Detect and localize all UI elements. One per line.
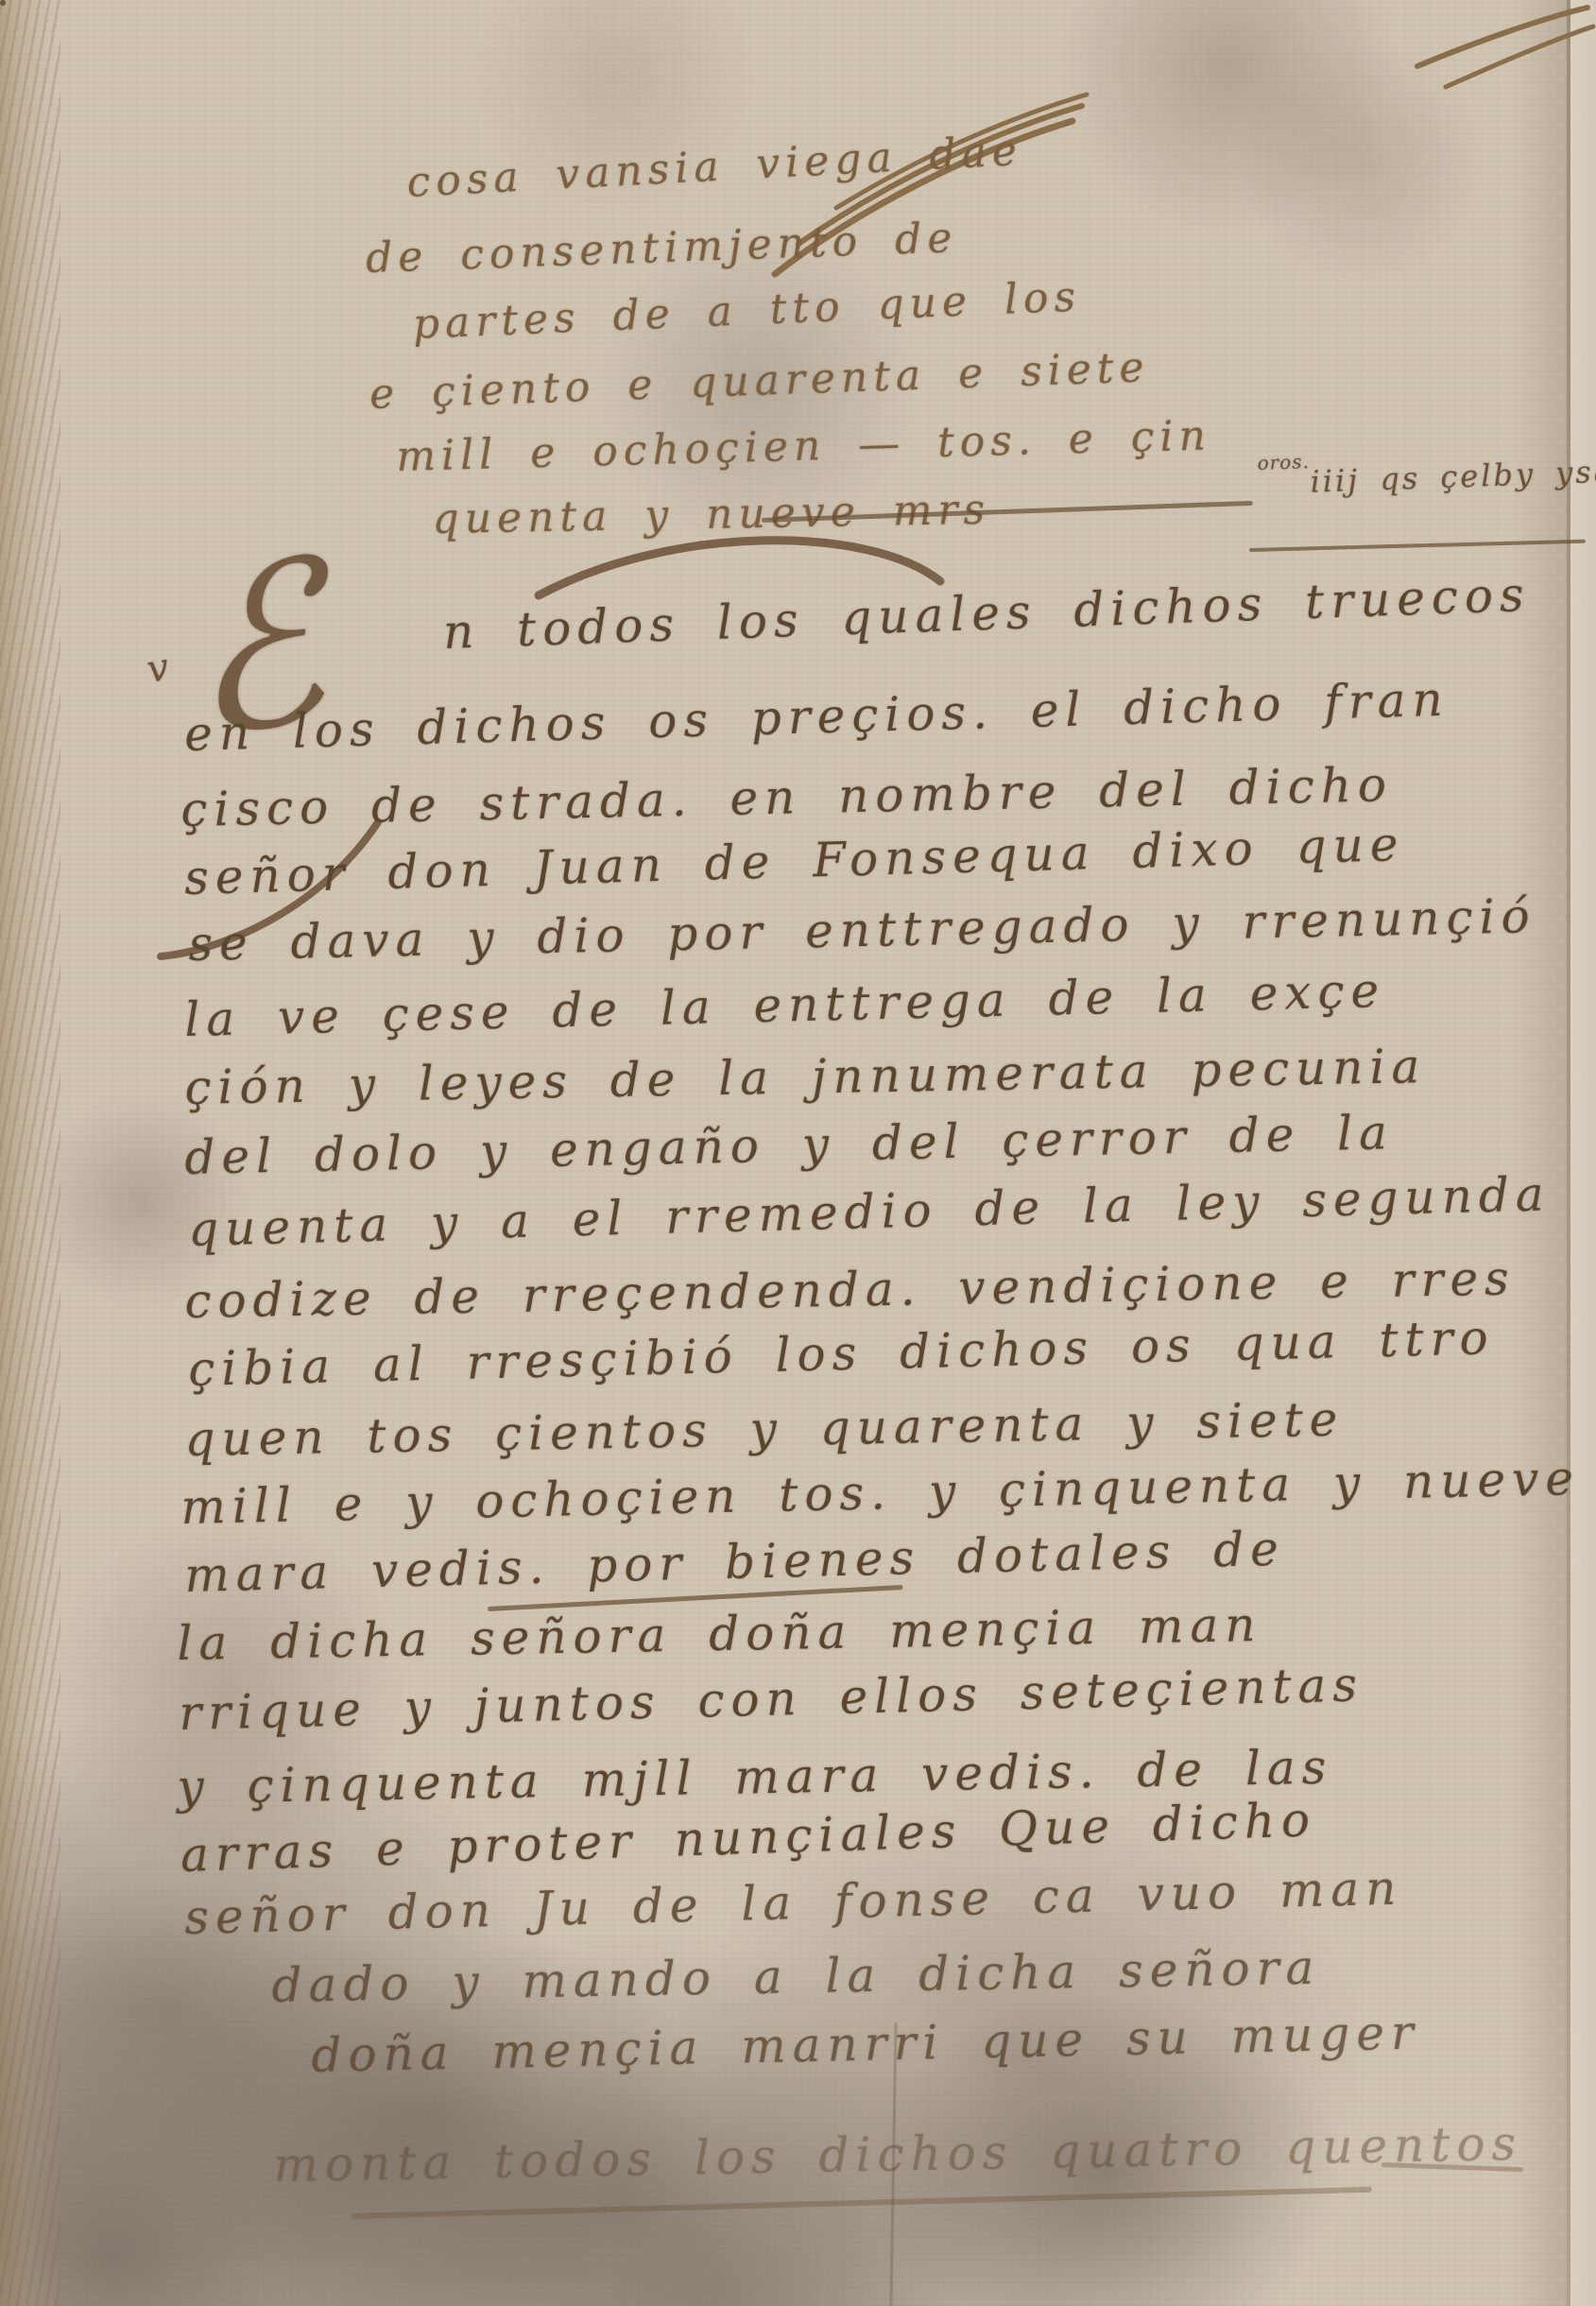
body-line: rrique y juntos con ellos seteçientas xyxy=(179,1657,1364,1741)
body-line: dado y mando a la dicha señora xyxy=(271,1940,1321,2013)
body-line: del dolo y engaño y del çerror de la xyxy=(184,1105,1395,1185)
deckle-edge-left xyxy=(0,0,60,2306)
margin-tally-superscript: oros. xyxy=(1257,450,1310,474)
ink-rule-bottom xyxy=(352,2187,1372,2219)
body-line: la ve çese de la enttrega de la exçe xyxy=(184,963,1386,1047)
heading-line: quenta y nueve mrs xyxy=(432,486,990,543)
body-line: mill e y ochoçien tos. y çinquenta y nue… xyxy=(180,1451,1581,1535)
margin-tally-text: iiij qs çelby ysãtly xyxy=(1310,452,1596,500)
body-line: en los dichos os preçios. el dicho fran xyxy=(183,672,1450,762)
body-line: se dava y dio por enttregado y rrenunçió xyxy=(188,888,1536,972)
margin-tally-underline xyxy=(1249,540,1586,552)
adjacent-page-edge xyxy=(1570,0,1596,2306)
body-line: çión y leyes de la jnnumerata pecunia xyxy=(184,1039,1427,1115)
heading-line: de consentimjento de xyxy=(365,214,958,283)
body-line: doña mençia manrri que su muger xyxy=(311,2005,1421,2083)
gutter-shadow xyxy=(1512,0,1567,2306)
body-line: la dicha señora doña mençia man xyxy=(177,1597,1262,1671)
paragraph-mark: v xyxy=(144,645,172,692)
heading-line: e çiento e quarenta e siete xyxy=(369,343,1150,419)
body-line: n todos los quales dichos truecos xyxy=(442,567,1531,660)
heading-line: mill e ochoçien — tos. e çin xyxy=(396,411,1212,481)
heading-line: partes de a tto que los xyxy=(412,272,1082,349)
page-fold-line xyxy=(1567,0,1570,2306)
margin-tally: oros.iiij qs çelby ysãtly xyxy=(1258,451,1596,502)
heading-line: cosa vansia viega dae xyxy=(405,127,1023,207)
pen-flourish-corner-icon xyxy=(1408,0,1596,95)
body-line: monta todos los dichos quatro quentos xyxy=(273,2116,1523,2193)
body-line: mara vedis. por bienes dotales de xyxy=(184,1522,1286,1603)
manuscript-page: cosa vansia viega dae de consentimjento … xyxy=(0,0,1596,2306)
body-line: quen tos çientos y quarenta y siete xyxy=(184,1392,1345,1467)
ink-speckles xyxy=(0,0,6,6)
